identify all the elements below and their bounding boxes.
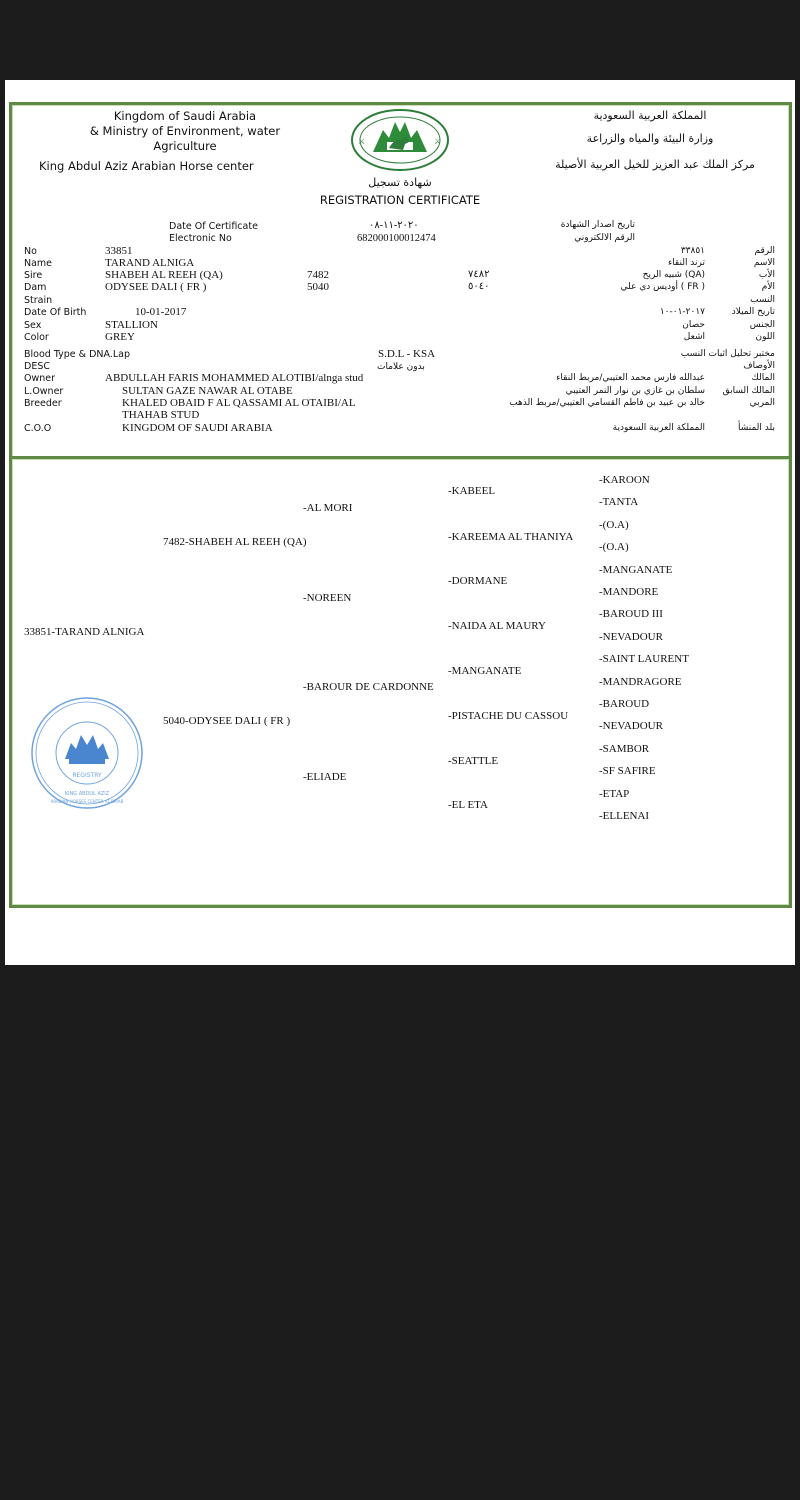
pedigree-gen4: -ELLENAI [599,810,649,822]
pedigree-gen4: -MANGANATE [599,564,672,576]
pedigree-great-grandparent: -KAREEMA AL THANIYA [448,531,573,543]
pedigree-gen4: -TANTA [599,496,638,508]
registry-stamp-icon: REGISTRY KING ABDUL AZIZ ARABIAN HORSES … [29,695,145,811]
field-value-ar: سلطان بن غازي بن نوار النمر العتيبي [405,386,705,396]
field-value-ar: المملكة العربية السعودية [405,423,705,433]
field-label: Name [24,258,52,269]
field-label: Owner [24,373,55,384]
pedigree-great-grandparent: -KABEEL [448,485,495,497]
pedigree-grandparent: -ELIADE [303,771,346,783]
svg-text:⚔: ⚔ [358,137,365,146]
field-value: S.D.L - KSA [378,348,435,360]
header-ar-line: المملكة العربية السعودية [545,109,755,122]
pedigree-gen4: -MANDORE [599,586,658,598]
electronic-no-label: Electronic No [169,233,232,244]
pedigree-gen4: -BAROUD III [599,608,663,620]
field-value: SULTAN GAZE NAWAR AL OTABE [122,385,293,397]
pedigree-gen4: -(O.A) [599,541,629,553]
date-of-certificate-value: ٢٠٢٠-١١-٠٨ [369,220,419,231]
header-ar-line: مركز الملك عبد العزيز للخيل العربية الأص… [545,158,765,171]
field-value-ar: ( FR ) أوديس دي علي [405,282,705,292]
field-value: KINGDOM OF SAUDI ARABIA [122,422,273,434]
pedigree-great-grandparent: -SEATTLE [448,755,498,767]
field-label: L.Owner [24,386,63,397]
header-en: Kingdom of Saudi Arabia & Ministry of En… [65,109,305,154]
pedigree-gen4: -(O.A) [599,519,629,531]
field-label: Date Of Birth [24,307,86,318]
field-label-ar: الأوصاف [665,361,775,371]
field-label: Sex [24,320,41,331]
pedigree-gen4: -KAROON [599,474,650,486]
field-label: DESC [24,361,50,372]
date-of-certificate-label-ar: تاريخ اصدار الشهادة [525,220,635,230]
pedigree-great-grandparent: -EL ETA [448,799,488,811]
field-label: Sire [24,270,42,281]
field-label: Breeder [24,398,62,409]
pedigree-horse: 33851-TARAND ALNIGA [24,626,144,638]
svg-text:ARABIAN HORSES CENTER AT DIRAB: ARABIAN HORSES CENTER AT DIRAB [51,799,124,804]
field-label: Color [24,332,49,343]
header-center-name-en: King Abdul Aziz Arabian Horse center [39,159,254,174]
pedigree-gen4: -SAINT LAURENT [599,653,689,665]
field-label: Blood Type & DNA.Lap [24,349,130,360]
pedigree-gen4: -MANDRAGORE [599,676,682,688]
title-ar: شهادة تسجيل [335,176,465,189]
field-label: No [24,246,37,257]
field-label: C.O.O [24,423,51,434]
field-value-ar: حصان [405,320,705,330]
electronic-no-label-ar: الرقم الالكتروني [525,233,635,243]
field-value: ABDULLAH FARIS MOHAMMED ALOTIBI/alnga st… [105,372,363,384]
pedigree-grandparent: -AL MORI [303,502,352,514]
electronic-no-value: 682000100012474 [357,233,436,244]
header-en-line: Agriculture [65,139,305,154]
field-number: 7482 [307,269,329,281]
pedigree-great-grandparent: -DORMANE [448,575,507,587]
pedigree-great-grandparent: -PISTACHE DU CASSOU [448,710,568,722]
certificate-page: Kingdom of Saudi Arabia & Ministry of En… [5,80,795,965]
header-en-line: & Ministry of Environment, water [65,124,305,139]
pedigree-grandparent: -BAROUR DE CARDONNE [303,681,434,693]
horse-center-emblem-icon: ⚔ ⚔ [349,108,451,172]
header-en-line: Kingdom of Saudi Arabia [65,109,305,124]
pedigree-parent: 7482-SHABEH AL REEH (QA) [163,536,307,548]
svg-text:⚔: ⚔ [434,137,441,146]
field-value: KHALED OBAID F AL QASSAMI AL OTAIBI/AL [122,397,356,409]
pedigree-great-grandparent: -MANGANATE [448,665,521,677]
field-value-ar: ترند النقاء [405,258,705,268]
pedigree-gen4: -SAMBOR [599,743,649,755]
field-value-continued: THAHAB STUD [122,409,199,421]
field-label-ar: مختبر تحليل اثبات النسب [665,349,775,359]
header-ar-line: وزارة البيئة والمياه والزراعة [545,132,755,145]
svg-text:REGISTRY: REGISTRY [72,772,102,779]
field-value-ar: ٢٠١٧-٠١-١٠ [405,307,705,317]
field-value: TARAND ALNIGA [105,257,194,269]
field-value-ar: عبدالله فارس محمد العتيبي/مربط النقاء [405,373,705,383]
date-of-certificate-label: Date Of Certificate [169,221,258,232]
field-value-ar: اشعل [405,332,705,342]
pedigree-gen4: -NEVADOUR [599,631,663,643]
field-value: GREY [105,331,135,343]
field-value: بدون علامات [377,362,425,372]
pedigree-gen4: -ETAP [599,788,629,800]
field-value-ar: خالد بن عبيد بن فاطم القسامي العتيبي/مرب… [405,398,705,408]
pedigree-parent: 5040-ODYSEE DALI ( FR ) [163,715,290,727]
field-value-ar: ٣٣٨٥١ [405,246,705,256]
field-value: STALLION [105,319,158,331]
pedigree-grandparent: -NOREEN [303,592,351,604]
field-label: Strain [24,295,52,306]
svg-text:KING ABDUL AZIZ: KING ABDUL AZIZ [65,791,110,797]
field-number: 5040 [307,281,329,293]
field-value: ODYSEE DALI ( FR ) [105,281,206,293]
field-value: 33851 [105,245,133,257]
field-label-ar: النسب [665,295,775,305]
field-label: Dam [24,282,46,293]
field-value: 10-01-2017 [135,306,186,318]
field-value-ar: (QA) شبيه الريح [405,270,705,280]
pedigree-great-grandparent: -NAIDA AL MAURY [448,620,546,632]
title-en: REGISTRATION CERTIFICATE [305,193,495,208]
pedigree-gen4: -BAROUD [599,698,649,710]
field-value: SHABEH AL REEH (QA) [105,269,223,281]
pedigree-gen4: -SF SAFIRE [599,765,656,777]
pedigree-gen4: -NEVADOUR [599,720,663,732]
